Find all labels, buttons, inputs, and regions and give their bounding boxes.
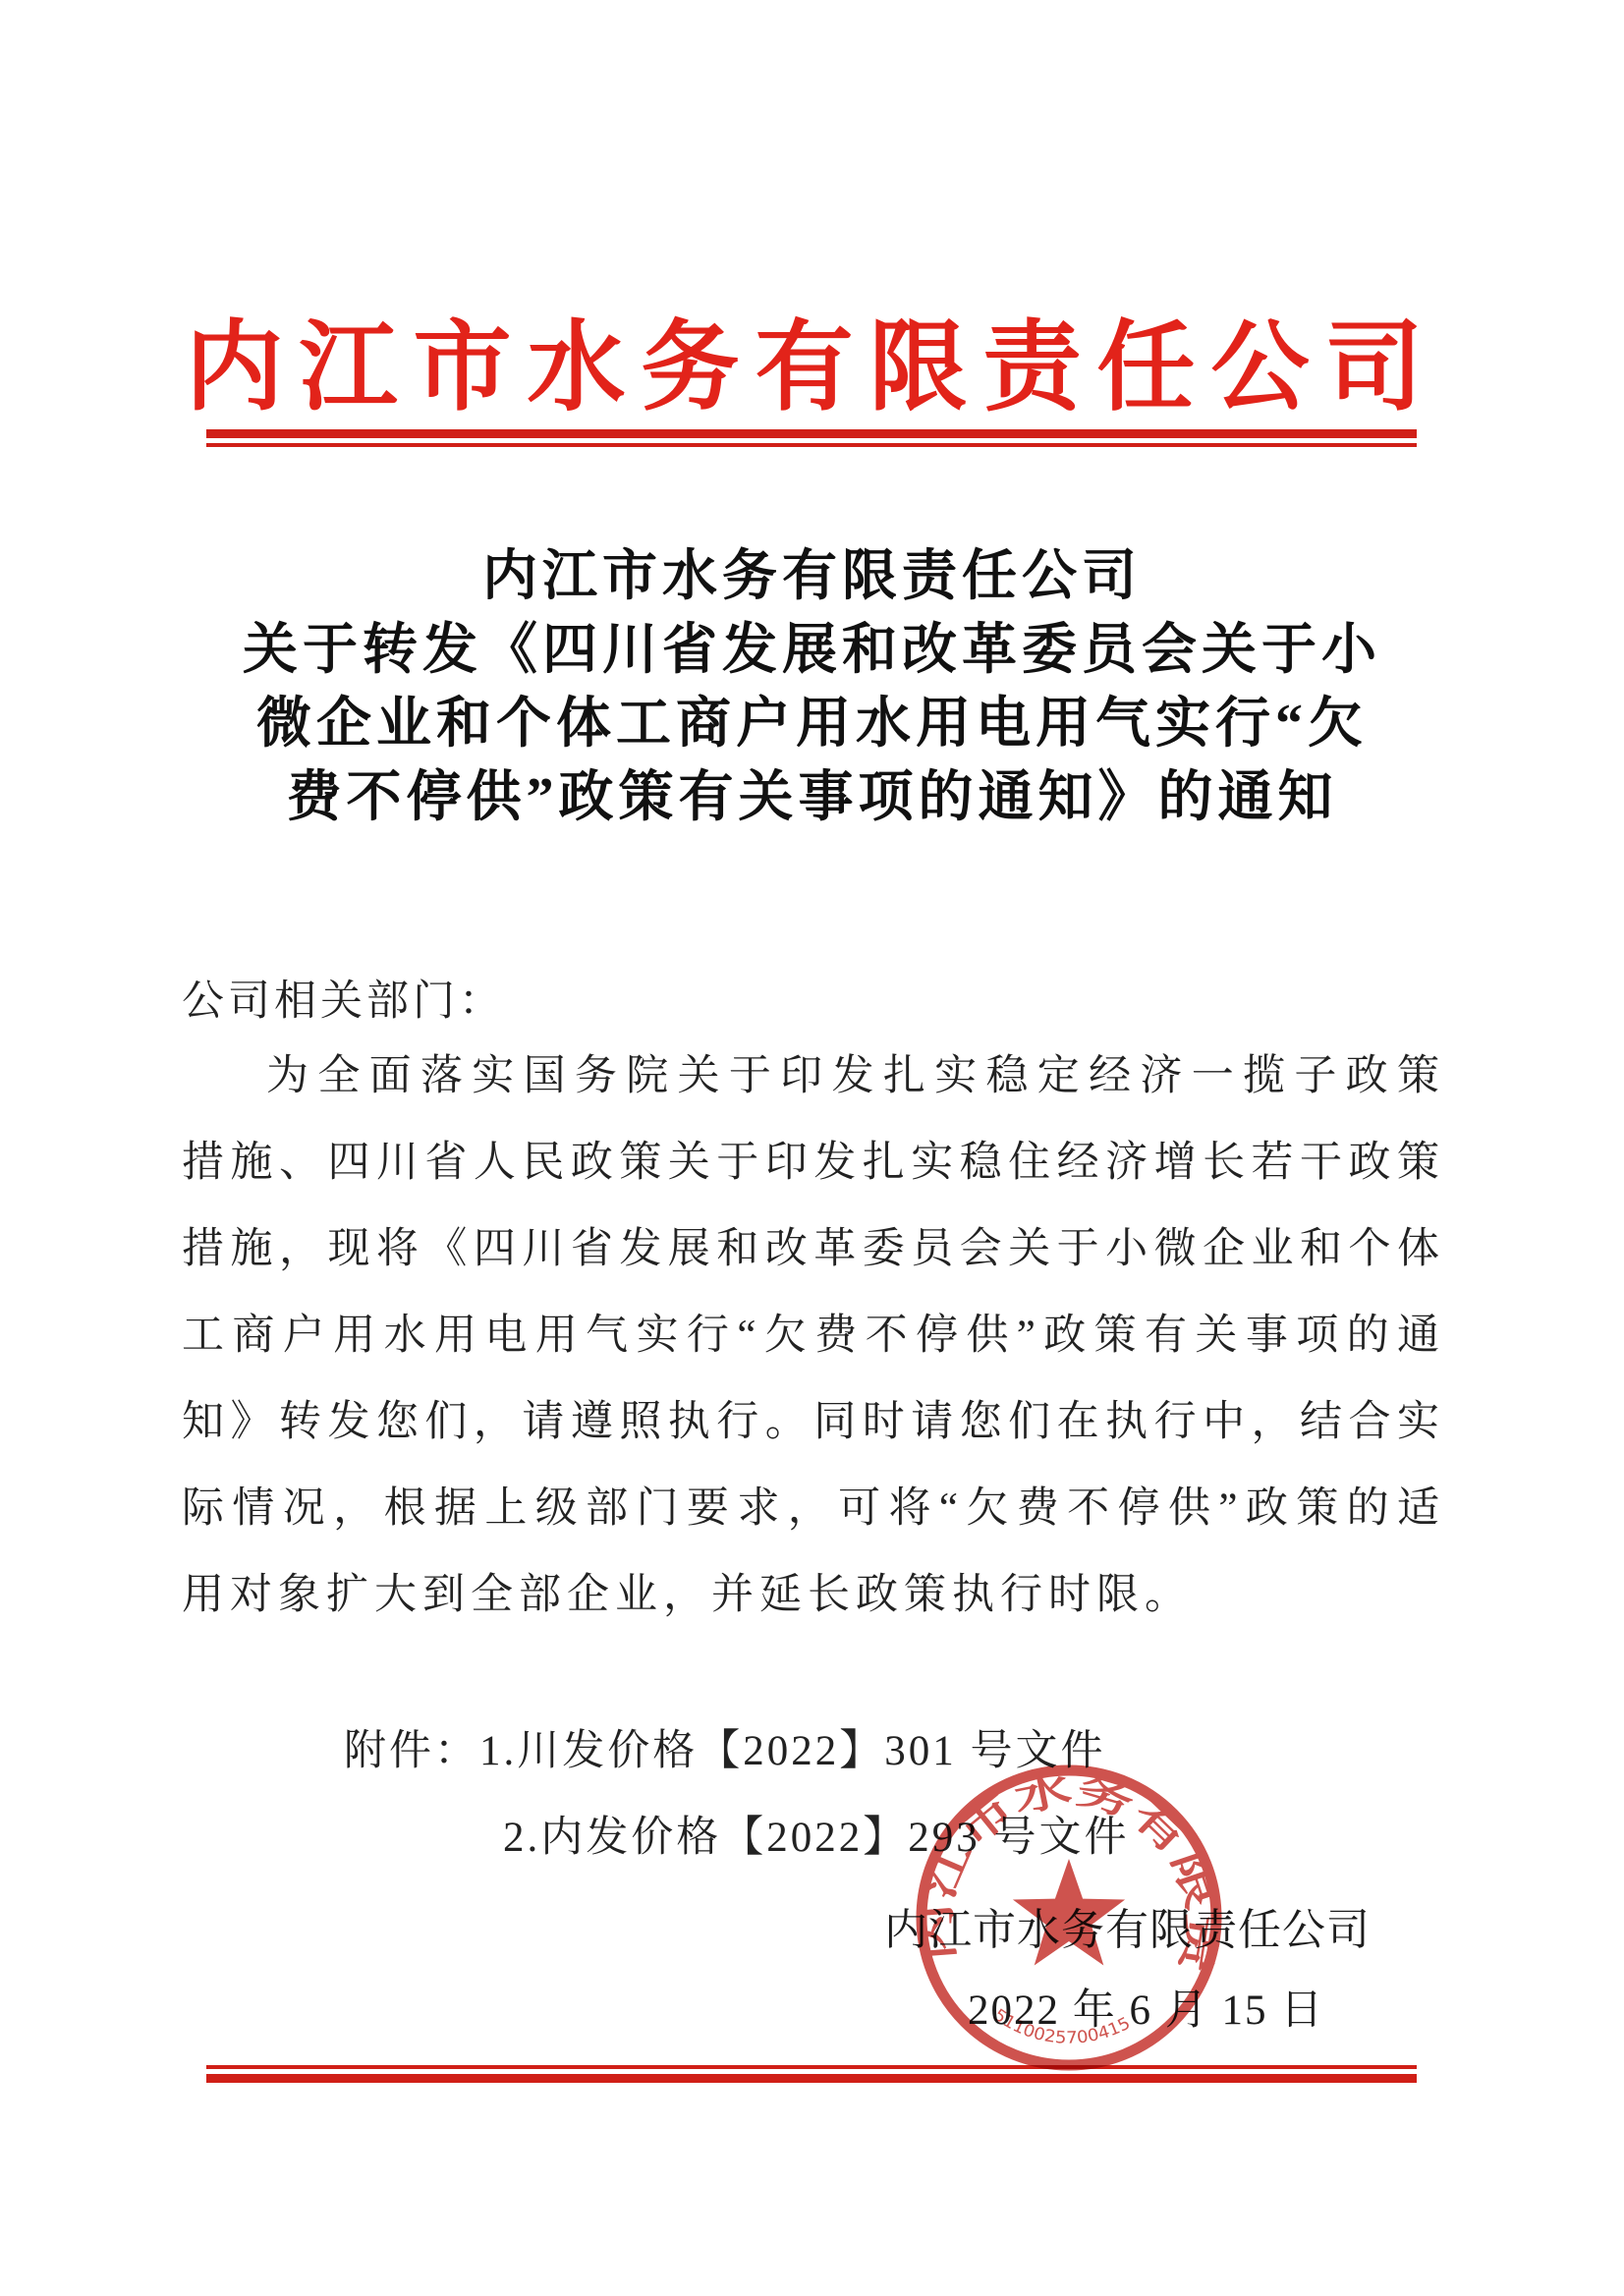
rule-thick-bar	[206, 429, 1417, 438]
official-seal: 内江市水务有限责任公司 5110025700415	[902, 1751, 1236, 2085]
body-line: 知》转发您们，请遵照执行。同时请您们在执行中，结合实	[182, 1379, 1439, 1466]
document-title-line-2: 关于转发《四川省发展和改革委员会关于小	[0, 614, 1624, 688]
seal-star-icon	[1013, 1859, 1125, 1966]
body-line: 措施，现将《四川省发展和改革委员会关于小微企业和个体	[182, 1206, 1439, 1293]
body-line: 工商户用水用电用气实行“欠费不停供”政策有关事项的通	[182, 1293, 1439, 1379]
header-divider-rule	[206, 429, 1417, 447]
masthead-company-title: 内江市水务有限责任公司	[0, 314, 1624, 422]
body-line: 用对象扩大到全部企业，并延长政策执行时限。	[182, 1552, 1439, 1639]
document-page: 内江市水务有限责任公司 内江市水务有限责任公司 关于转发《四川省发展和改革委员会…	[0, 0, 1624, 2296]
document-title-line-3: 微企业和个体工商户用水用电用气实行“欠	[0, 688, 1624, 761]
salutation: 公司相关部门：	[182, 968, 505, 1028]
body-line: 为全面落实国务院关于印发扎实稳定经济一揽子政策	[182, 1034, 1439, 1120]
body-paragraph: 为全面落实国务院关于印发扎实稳定经济一揽子政策 措施、四川省人民政策关于印发扎实…	[182, 1034, 1439, 1639]
seal-serial-container: 5110025700415	[989, 2005, 1134, 2048]
rule-thin-bar	[206, 443, 1417, 447]
body-line: 措施、四川省人民政策关于印发扎实稳住经济增长若干政策	[182, 1120, 1439, 1206]
seal-serial-number: 5110025700415	[989, 2005, 1134, 2048]
body-line: 际情况，根据上级部门要求，可将“欠费不停供”政策的适	[182, 1466, 1439, 1552]
document-title: 内江市水务有限责任公司 关于转发《四川省发展和改革委员会关于小 微企业和个体工商…	[0, 540, 1624, 835]
document-title-line-4: 费不停供”政策有关事项的通知》的通知	[0, 761, 1624, 835]
document-title-line-1: 内江市水务有限责任公司	[0, 540, 1624, 614]
